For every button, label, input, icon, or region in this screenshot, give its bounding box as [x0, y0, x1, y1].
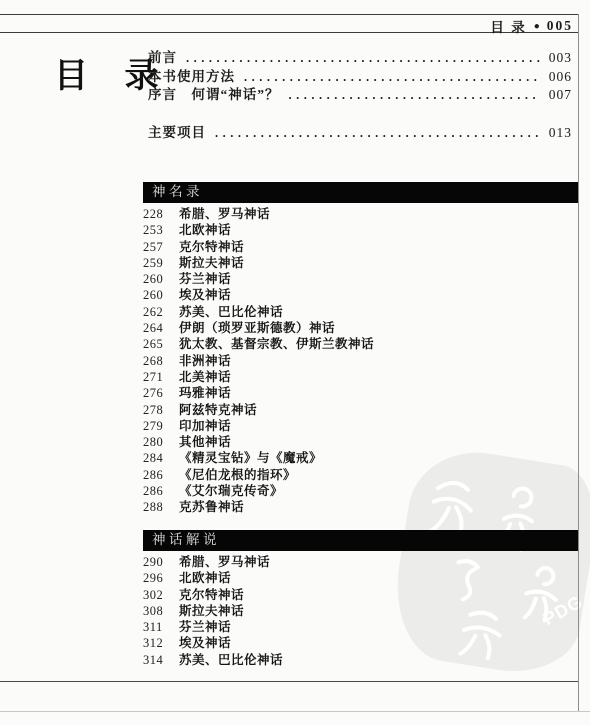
entry-title: 希腊、罗马神话: [179, 206, 270, 222]
entry-title: 希腊、罗马神话: [179, 554, 270, 570]
entry-page-number: 286: [143, 467, 170, 483]
footer-rule: [0, 681, 578, 682]
entry-page-number: 312: [143, 635, 170, 651]
entry-label: 序言 何谓“神话”？: [148, 83, 280, 103]
toc-entry: 278阿兹特克神话: [143, 402, 578, 418]
entry-title: 《艾尔瑞克传奇》: [179, 483, 283, 499]
entry-page-number: 259: [143, 255, 170, 271]
entry-title: 芬兰神话: [179, 271, 231, 287]
running-head: 目 录 ● 005: [490, 16, 573, 36]
page-border-right: [578, 14, 579, 712]
entry-title: 斯拉夫神话: [179, 603, 244, 619]
toc-entry: 265犹太教、基督宗教、伊斯兰教神话: [143, 336, 578, 352]
entry-page-number: 288: [143, 499, 170, 515]
entry-page-number: 264: [143, 320, 170, 336]
section-item-list: 290希腊、罗马神话 296北欧神话 302克尔特神话 308斯拉夫神话 311…: [143, 551, 578, 668]
entry-page-number: 003: [540, 50, 572, 66]
entry-title: 克尔特神话: [179, 587, 244, 603]
entry-page-number: 286: [143, 483, 170, 499]
entry-page-number: 253: [143, 222, 170, 238]
toc-entry: 271北美神话: [143, 369, 578, 385]
front-matter-list: 前言 003 本书使用方法 006 序言 何谓“神话”？ 007 主要项目 01…: [148, 46, 572, 139]
toc-entry: 260芬兰神话: [143, 271, 578, 287]
page-edge-rule: [0, 711, 590, 712]
toc-entry: 262苏美、巴比伦神话: [143, 304, 578, 320]
entry-title: 埃及神话: [179, 635, 231, 651]
toc-entry: 286《艾尔瑞克传奇》: [143, 483, 578, 499]
toc-entry: 259斯拉夫神话: [143, 255, 578, 271]
entry-title: 克尔特神话: [179, 239, 244, 255]
entry-title: 芬兰神话: [179, 619, 231, 635]
entry-title: 北欧神话: [179, 570, 231, 586]
section-deity-index: 神名录 228希腊、罗马神话 253北欧神话 257克尔特神话 259斯拉夫神话…: [143, 182, 578, 516]
running-head-title: 目 录: [490, 16, 526, 36]
entry-page-number: 271: [143, 369, 170, 385]
entry-page-number: 007: [540, 87, 572, 103]
entry-label: 本书使用方法: [148, 65, 235, 85]
entry-label: 主要项目: [148, 121, 206, 141]
scanned-page: PDG 目 录 ● 005 目 录 前言 003 本书使用方法 006: [0, 0, 590, 725]
entry-page-number: 296: [143, 570, 170, 586]
toc-entry: 228希腊、罗马神话: [143, 206, 578, 222]
entry-page-number: 260: [143, 287, 170, 303]
entry-title: 北欧神话: [179, 222, 231, 238]
toc-entry: 279印加神话: [143, 418, 578, 434]
header-rule-top: [0, 14, 578, 15]
page-content: 目 录 ● 005 目 录 前言 003 本书使用方法 006 序言 何谓“神话…: [0, 0, 590, 725]
entry-page-number: 314: [143, 652, 170, 668]
running-head-page-number: 005: [547, 18, 573, 34]
entry-title: 阿兹特克神话: [179, 402, 257, 418]
entry-title: 北美神话: [179, 369, 231, 385]
toc-entry: 276玛雅神话: [143, 385, 578, 401]
toc-entry: 302克尔特神话: [143, 587, 578, 603]
section-myth-commentary: 神话解说 290希腊、罗马神话 296北欧神话 302克尔特神话 308斯拉夫神…: [143, 530, 578, 668]
toc-entry: 311芬兰神话: [143, 619, 578, 635]
toc-entry: 260埃及神话: [143, 287, 578, 303]
entry-title: 斯拉夫神话: [179, 255, 244, 271]
entry-title: 克苏鲁神话: [179, 499, 244, 515]
toc-entry: 286《尼伯龙根的指环》: [143, 467, 578, 483]
entry-title: 印加神话: [179, 418, 231, 434]
entry-title: 其他神话: [179, 434, 231, 450]
entry-page-number: 302: [143, 587, 170, 603]
toc-entry: 257克尔特神话: [143, 239, 578, 255]
entry-page-number: 260: [143, 271, 170, 287]
section-item-list: 228希腊、罗马神话 253北欧神话 257克尔特神话 259斯拉夫神话 260…: [143, 203, 578, 516]
entry-title: 埃及神话: [179, 287, 231, 303]
entry-page-number: 262: [143, 304, 170, 320]
entry-title: 玛雅神话: [179, 385, 231, 401]
entry-page-number: 279: [143, 418, 170, 434]
entry-page-number: 268: [143, 353, 170, 369]
dot-leader: [235, 70, 540, 85]
toc-entry: 264伊朗（琐罗亚斯德教）神话: [143, 320, 578, 336]
toc-entry: 253北欧神话: [143, 222, 578, 238]
toc-entry: 312埃及神话: [143, 635, 578, 651]
section-heading-bar: 神名录: [143, 182, 578, 203]
entry-page-number: 228: [143, 206, 170, 222]
entry-page-number: 280: [143, 434, 170, 450]
bullet-icon: ●: [534, 21, 540, 32]
entry-page-number: 290: [143, 554, 170, 570]
toc-entry: 308斯拉夫神话: [143, 603, 578, 619]
entry-page-number: 284: [143, 450, 170, 466]
entry-title: 《精灵宝钻》与《魔戒》: [179, 450, 322, 466]
section-heading-bar: 神话解说: [143, 530, 578, 551]
entry-title: 《尼伯龙根的指环》: [179, 467, 296, 483]
entry-title: 非洲神话: [179, 353, 231, 369]
toc-entry: 序言 何谓“神话”？ 007: [148, 83, 572, 102]
entry-title: 犹太教、基督宗教、伊斯兰教神话: [179, 336, 374, 352]
toc-entry: 314苏美、巴比伦神话: [143, 652, 578, 668]
entry-page-number: 265: [143, 336, 170, 352]
entry-page-number: 308: [143, 603, 170, 619]
toc-entry: 本书使用方法 006: [148, 65, 572, 84]
toc-entry: 290希腊、罗马神话: [143, 554, 578, 570]
entry-title: 伊朗（琐罗亚斯德教）神话: [179, 320, 335, 336]
toc-entry: 前言 003: [148, 46, 572, 65]
entry-page-number: 276: [143, 385, 170, 401]
entry-title: 苏美、巴比伦神话: [179, 652, 283, 668]
dot-leader: [280, 88, 541, 103]
toc-entry: 288克苏鲁神话: [143, 499, 578, 515]
entry-label: 前言: [148, 46, 177, 66]
entry-title: 苏美、巴比伦神话: [179, 304, 283, 320]
toc-entry: 296北欧神话: [143, 570, 578, 586]
toc-entry: 284《精灵宝钻》与《魔戒》: [143, 450, 578, 466]
toc-entry: 280其他神话: [143, 434, 578, 450]
entry-page-number: 013: [540, 125, 572, 141]
toc-entry: 主要项目 013: [148, 121, 572, 140]
entry-page-number: 278: [143, 402, 170, 418]
toc-entry: 268非洲神话: [143, 353, 578, 369]
entry-page-number: 006: [540, 69, 572, 85]
dot-leader: [206, 126, 540, 141]
entry-page-number: 311: [143, 619, 170, 635]
entry-page-number: 257: [143, 239, 170, 255]
